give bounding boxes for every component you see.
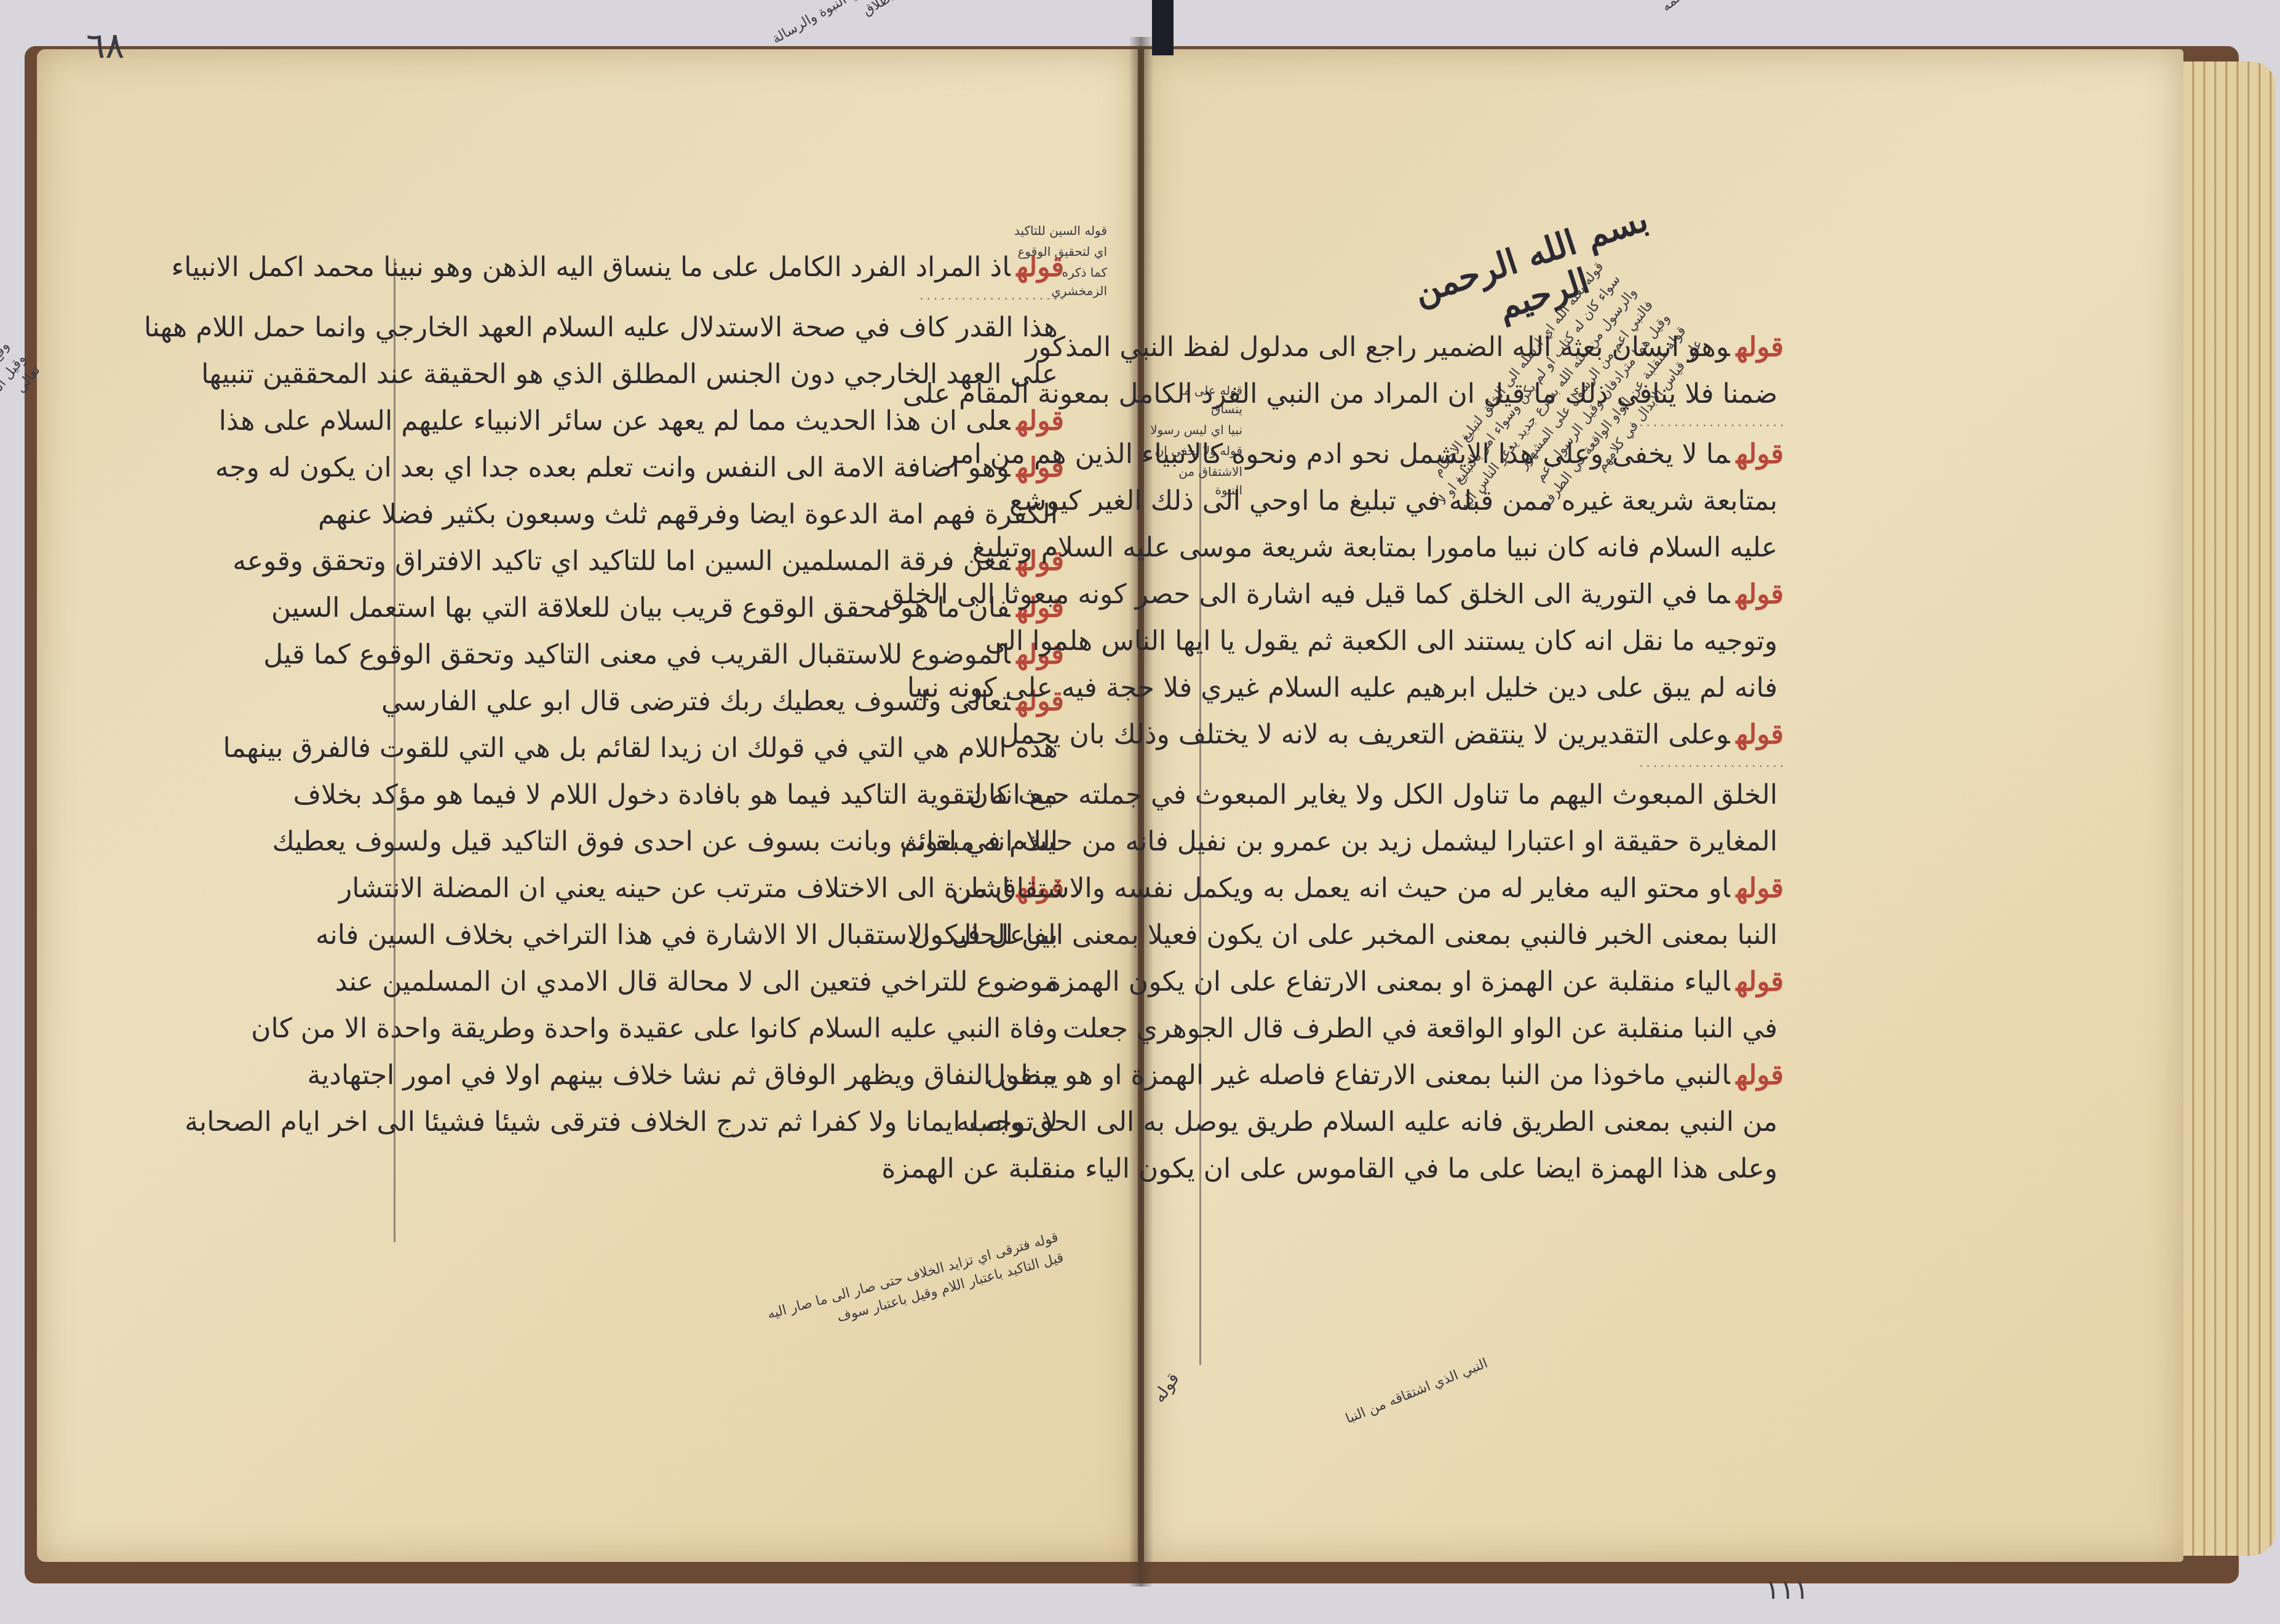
- rubric-marker: قوله: [1736, 966, 1784, 997]
- text-line: فانه لم يبق على دين خليل ابرهيم عليه الس…: [1218, 667, 1784, 710]
- folio-number: ١١١: [1765, 1574, 1809, 1606]
- text-line: ضمنا فلا ينافي ذلك ما قيل ان المراد من ا…: [1218, 373, 1784, 416]
- text-line: مع انه لتقوية التاكيد فيما هو بافادة دخو…: [412, 774, 1064, 817]
- rubric-marker: قوله: [1736, 1060, 1784, 1091]
- text-line: وتوجيه ما نقل انه كان يستند الى الكعبة ث…: [1218, 620, 1784, 663]
- text-line: قولهما في التورية الى الخلق كما قيل فيه …: [1218, 573, 1784, 616]
- spine-strap: [1152, 0, 1174, 55]
- text-line: قولهاو محتو اليه مغاير له من حيث انه يعم…: [1218, 867, 1784, 910]
- rubric-marker: قوله: [1736, 331, 1784, 363]
- interlinear-gloss: · · · · · · · · · · · · · · · · · · · · …: [412, 293, 1064, 306]
- text-line: قولهما لا يخفى وعلى هذا الايشمل نحو ادم …: [1218, 433, 1784, 476]
- text-line: عليه السلام فانه كان نبيا مامورا بمتابعة…: [1218, 526, 1784, 569]
- gloss-line: قوله السين للتاكيد: [1009, 221, 1107, 240]
- text-line: هذا القدر كاف في صحة الاستدلال عليه السل…: [412, 306, 1064, 349]
- interlinear-gloss: · · · · · · · · · · · · · · · · · · · · …: [1218, 419, 1784, 433]
- text-line: يبطن النفاق ويظهر الوفاق ثم نشا خلاف بين…: [412, 1054, 1064, 1097]
- text-line: وعلى هذا الهمزة ايضا على ما في القاموس ع…: [1218, 1147, 1784, 1190]
- page-number: ٦٨: [86, 25, 124, 66]
- gloss-line: وقيل المراد بالعدد التكثير لا التحديد كم…: [0, 351, 45, 596]
- text-line: قولهالنبي ماخوذا من النبا بمعنى الارتفاع…: [1218, 1054, 1784, 1097]
- text-line: بمتابعة شريعة غيره ممن قبله في تبليغ ما …: [1218, 480, 1784, 523]
- text-line: المغايرة حقيقة او اعتبارا ليشمل زيد بن ع…: [1218, 820, 1784, 863]
- text-line: الكفرة فهم امة الدعوة ايضا وفرقهم ثلث وس…: [412, 493, 1064, 536]
- rubric-marker: قوله: [1736, 873, 1784, 904]
- text-line: قولهالياء منقلبة عن الهمزة او بمعنى الار…: [1218, 961, 1784, 1004]
- text-line: قولهوعلى التقديرين لا ينتقض التعريف به ل…: [1218, 713, 1784, 756]
- text-line: هذه اللام هي التي في قولك ان زيدا لقائم …: [412, 727, 1064, 770]
- rubric-marker: قوله: [1736, 438, 1784, 470]
- interlinear-gloss: · · · · · · · · · · · · · · · · · · · · …: [1218, 760, 1784, 774]
- rubric-marker: قوله: [1017, 252, 1064, 283]
- text-line: قولهاذ المراد الفرد الكامل على ما ينساق …: [412, 246, 1064, 289]
- text-line: قولهوهو انسان بعثه الله الضمير راجع الى …: [1218, 326, 1784, 369]
- right-main-text-block: قولهوهو انسان بعثه الله الضمير راجع الى …: [1218, 326, 1784, 1194]
- rubric-marker: قوله: [1736, 719, 1784, 750]
- text-line: وفاة النبي عليه السلام كانوا على عقيدة و…: [412, 1007, 1064, 1050]
- text-line: من النبي بمعنى الطريق فانه عليه السلام ط…: [1218, 1101, 1784, 1144]
- text-line: في النبا منقلبة عن الواو الواقعة في الطر…: [1218, 1007, 1784, 1050]
- rubric-marker: قوله: [1736, 579, 1784, 610]
- text-line: الخلق المبعوث اليهم ما تناول الكل ولا يغ…: [1218, 774, 1784, 817]
- text-line: موضوع للتراخي فتعين الى لا محالة قال الا…: [412, 961, 1064, 1004]
- text-line: النبا بمعنى الخبر فالنبي بمعنى المخبر عل…: [1218, 914, 1784, 957]
